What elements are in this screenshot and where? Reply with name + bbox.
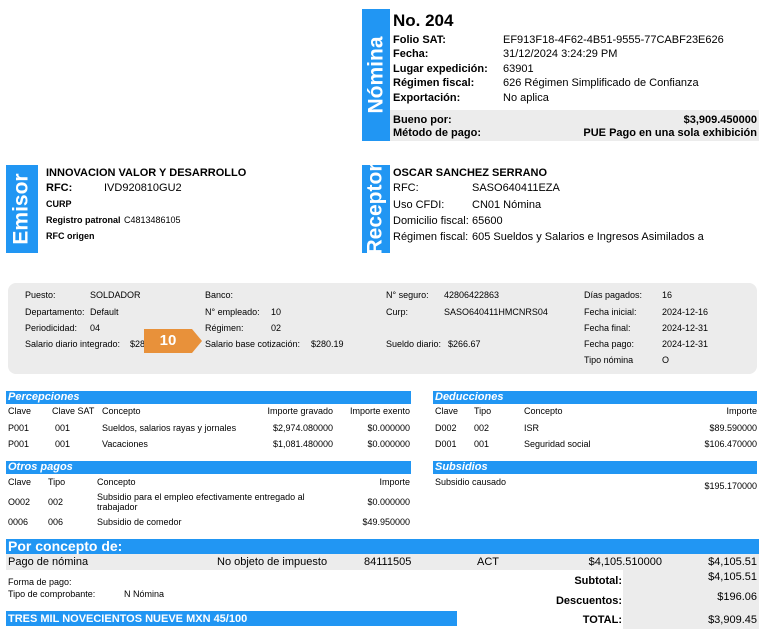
col-header: Concepto bbox=[97, 477, 136, 487]
col-header: Importe bbox=[726, 406, 757, 416]
col-header: Concepto bbox=[102, 406, 141, 416]
tipo-comprobante-value: N Nómina bbox=[124, 589, 164, 599]
table-cell: P001 bbox=[8, 423, 29, 433]
col-header: Clave SAT bbox=[52, 406, 94, 416]
descuentos-value: $196.06 bbox=[717, 591, 757, 603]
receptor-field-label: Domicilio fiscal: bbox=[393, 215, 469, 227]
num-empleado-label: N° empleado: bbox=[205, 307, 260, 317]
fecha-inicial-label: Fecha inicial: bbox=[584, 307, 637, 317]
curp-value: SASO640411HMCNRS04 bbox=[444, 307, 548, 317]
descuentos-label: Descuentos: bbox=[556, 595, 622, 607]
field-label: Lugar expedición: bbox=[393, 63, 488, 75]
col-header: Importe gravado bbox=[267, 406, 333, 416]
puesto-label: Puesto: bbox=[25, 290, 56, 300]
fecha-final-value: 2024-12-31 bbox=[662, 323, 708, 333]
num-empleado-value: 10 bbox=[271, 307, 281, 317]
bueno-por-label: Bueno por: bbox=[393, 114, 452, 126]
table-cell: O002 bbox=[8, 497, 30, 507]
receptor-uso-cfdi-value: CN01 Nómina bbox=[472, 199, 541, 211]
sueldo-value: $266.67 bbox=[448, 339, 481, 349]
table-cell: $0.000000 bbox=[367, 423, 410, 433]
receptor-side-label-text: Receptor bbox=[364, 163, 388, 254]
nomina-number: No. 204 bbox=[393, 11, 453, 31]
table-cell: Subsidio para el empleo efectivamente en… bbox=[97, 492, 317, 512]
table-cell: Subsidio de comedor bbox=[97, 517, 182, 527]
table-cell: 0006 bbox=[8, 517, 28, 527]
subtotal-value: $4,105.51 bbox=[708, 571, 757, 583]
fecha-value: 31/12/2024 3:24:29 PM bbox=[503, 48, 617, 60]
tipo-nomina-value: O bbox=[662, 355, 669, 365]
field-label: Folio SAT: bbox=[393, 34, 446, 46]
lugar-value: 63901 bbox=[503, 63, 534, 75]
annotation-badge: 10 bbox=[144, 329, 202, 353]
receptor-side-label: Receptor bbox=[362, 165, 390, 253]
emisor-side-label-text: Emisor bbox=[10, 173, 34, 244]
col-header: Tipo bbox=[474, 406, 491, 416]
exportacion-value: No aplica bbox=[503, 92, 549, 104]
table-cell: D001 bbox=[435, 439, 457, 449]
table-cell: $106.470000 bbox=[704, 439, 757, 449]
nss-label: N° seguro: bbox=[386, 290, 429, 300]
table-cell: 002 bbox=[48, 497, 63, 507]
table-cell: $1,081.480000 bbox=[273, 439, 333, 449]
puesto-value: SOLDADOR bbox=[90, 290, 141, 300]
sbc-label: Salario base cotización: bbox=[205, 339, 300, 349]
banco-label: Banco: bbox=[205, 290, 233, 300]
table-cell: $49.950000 bbox=[362, 517, 410, 527]
col-header: Concepto bbox=[524, 406, 563, 416]
table-cell: $0.000000 bbox=[367, 439, 410, 449]
folio-sat-value: EF913F18-4F62-4B51-9555-77CABF23E626 bbox=[503, 34, 724, 46]
table-cell: D002 bbox=[435, 423, 457, 433]
receptor-rfc-value: SASO640411EZA bbox=[472, 182, 560, 194]
col-header: Clave bbox=[8, 406, 31, 416]
sdi-value: $28 bbox=[130, 339, 145, 349]
bueno-por-value: $3,909.450000 bbox=[684, 114, 757, 126]
col-header: Tipo bbox=[48, 477, 65, 487]
annotation-badge-text: 10 bbox=[144, 329, 192, 353]
table-cell: $89.590000 bbox=[709, 423, 757, 433]
deducciones-header: Deducciones bbox=[433, 391, 757, 404]
importe-letra: TRES MIL NOVECIENTOS NUEVE MXN 45/100 bbox=[8, 612, 247, 626]
dias-value: 16 bbox=[662, 290, 672, 300]
table-cell: P001 bbox=[8, 439, 29, 449]
total-label: TOTAL: bbox=[583, 614, 622, 626]
depto-label: Departamento: bbox=[25, 307, 85, 317]
emisor-rfc-label: RFC: bbox=[46, 182, 72, 194]
table-cell: Sueldos, salarios rayas y jornales bbox=[102, 423, 236, 433]
receptor-field-label: RFC: bbox=[393, 182, 419, 194]
table-cell: ISR bbox=[524, 423, 539, 433]
nomina-side-label: Nómina bbox=[362, 9, 390, 141]
concepto-cell: ACT bbox=[477, 556, 499, 568]
receptor-regimen-value: 605 Sueldos y Salarios e Ingresos Asimil… bbox=[472, 231, 704, 243]
regimen-label: Régimen: bbox=[205, 323, 244, 333]
fecha-pago-label: Fecha pago: bbox=[584, 339, 634, 349]
emisor-curp-label: CURP bbox=[46, 199, 72, 209]
otros-pagos-header: Otros pagos bbox=[6, 461, 411, 474]
receptor-field-label: Uso CFDI: bbox=[393, 199, 444, 211]
fecha-inicial-value: 2024-12-16 bbox=[662, 307, 708, 317]
sdi-label: Salario diario integrado: bbox=[25, 339, 120, 349]
regimen-value: 626 Régimen Simplificado de Confianza bbox=[503, 77, 699, 89]
table-cell: 001 bbox=[55, 439, 70, 449]
emisor-registro-value: C4813486105 bbox=[124, 215, 181, 225]
tipo-nomina-label: Tipo nómina bbox=[584, 355, 633, 365]
total-value: $3,909.45 bbox=[708, 614, 757, 626]
percepciones-header: Percepciones bbox=[6, 391, 411, 404]
fecha-pago-value: 2024-12-31 bbox=[662, 339, 708, 349]
tipo-comprobante-label: Tipo de comprobante: bbox=[8, 589, 95, 599]
sbc-value: $280.19 bbox=[311, 339, 344, 349]
table-cell: $0.000000 bbox=[367, 497, 410, 507]
concepto-header: Por concepto de: bbox=[8, 539, 122, 554]
col-header: Importe exento bbox=[350, 406, 410, 416]
concepto-cell: $4,105.510000 bbox=[589, 556, 662, 568]
emisor-registro-label: Registro patronal bbox=[46, 215, 121, 225]
table-cell: $2,974.080000 bbox=[273, 423, 333, 433]
depto-value: Default bbox=[90, 307, 119, 317]
table-cell: 001 bbox=[474, 439, 489, 449]
field-label: Fecha: bbox=[393, 48, 428, 60]
table-cell: 006 bbox=[48, 517, 63, 527]
emisor-rfc-value: IVD920810GU2 bbox=[104, 182, 182, 194]
metodo-pago-value: PUE Pago en una sola exhibición bbox=[583, 127, 757, 139]
periodicidad-value: 04 bbox=[90, 323, 100, 333]
regimen-value: 02 bbox=[271, 323, 281, 333]
table-cell: 002 bbox=[474, 423, 489, 433]
emisor-rfc-origen-label: RFC origen bbox=[46, 231, 95, 241]
forma-pago-label: Forma de pago: bbox=[8, 577, 72, 587]
sueldo-label: Sueldo diario: bbox=[386, 339, 441, 349]
concepto-cell: $4,105.51 bbox=[708, 556, 757, 568]
subsidios-header: Subsidios bbox=[433, 461, 757, 474]
concepto-cell: No objeto de impuesto bbox=[217, 556, 327, 568]
table-cell: 001 bbox=[55, 423, 70, 433]
nss-value: 42806422863 bbox=[444, 290, 499, 300]
nomina-side-label-text: Nómina bbox=[364, 36, 388, 113]
metodo-pago-label: Método de pago: bbox=[393, 127, 481, 139]
emisor-name: INNOVACION VALOR Y DESARROLLO bbox=[46, 167, 246, 179]
col-header: Importe bbox=[379, 477, 410, 487]
emisor-side-label: Emisor bbox=[6, 165, 38, 253]
receptor-name: OSCAR SANCHEZ SERRANO bbox=[393, 167, 547, 179]
field-label: Régimen fiscal: bbox=[393, 77, 474, 89]
subtotal-label: Subtotal: bbox=[574, 575, 622, 587]
curp-label: Curp: bbox=[386, 307, 408, 317]
field-label: Exportación: bbox=[393, 92, 460, 104]
table-cell: Vacaciones bbox=[102, 439, 148, 449]
subsidio-causado-value: $195.170000 bbox=[704, 481, 757, 491]
concepto-cell: Pago de nómina bbox=[8, 556, 88, 568]
receptor-field-label: Régimen fiscal: bbox=[393, 231, 468, 243]
table-cell: Seguridad social bbox=[524, 439, 591, 449]
col-header: Clave bbox=[8, 477, 31, 487]
periodicidad-label: Periodicidad: bbox=[25, 323, 77, 333]
col-header: Clave bbox=[435, 406, 458, 416]
receptor-domicilio-value: 65600 bbox=[472, 215, 503, 227]
subsidio-causado-label: Subsidio causado bbox=[435, 477, 506, 487]
dias-label: Días pagados: bbox=[584, 290, 642, 300]
concepto-cell: 84111505 bbox=[364, 556, 411, 568]
fecha-final-label: Fecha final: bbox=[584, 323, 631, 333]
